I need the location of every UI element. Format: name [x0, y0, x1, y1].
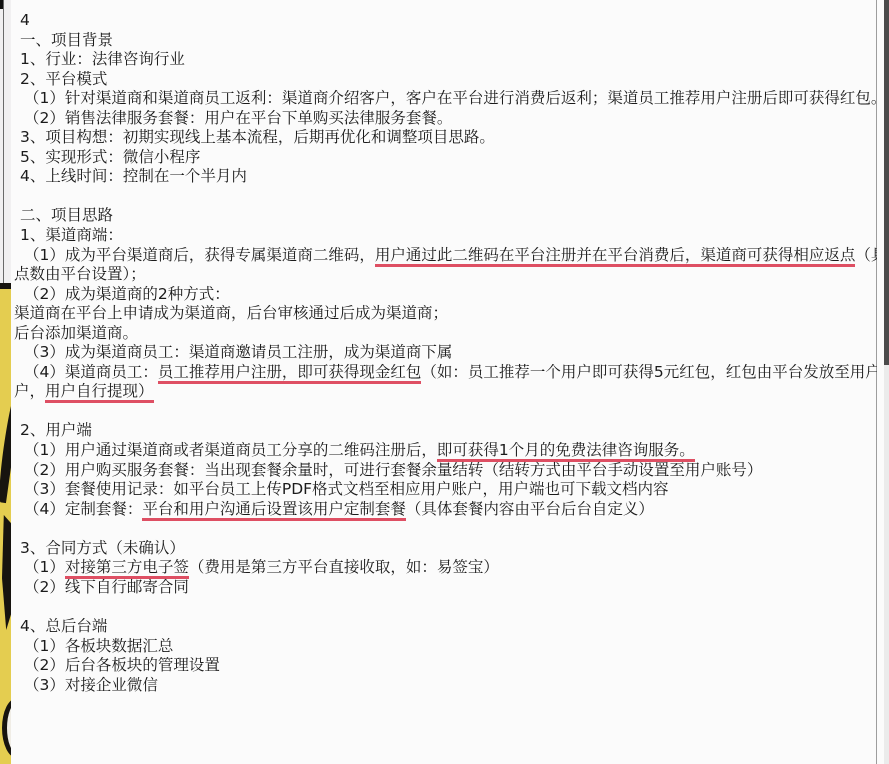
document-lines: 4一、项目背景1、行业：法律咨询行业2、平台模式（1）针对渠道商和渠道商员工返利…	[14, 11, 876, 695]
text-line: 3、合同方式（未确认）	[14, 539, 876, 559]
wallpaper-strip-top	[0, 0, 11, 283]
text-segment: （3）对接企业微信	[24, 676, 158, 694]
wallpaper-strip	[0, 0, 11, 764]
text-line: （1）对接第三方电子签（费用是第三方平台直接收取，如：易签宝）	[14, 558, 876, 578]
text-line: 渠道商在平台上申请成为渠道商，后台审核通过后成为渠道商；	[14, 304, 876, 324]
text-segment: （具体套餐内容由平台后台自定义）	[406, 500, 654, 518]
text-line: 点数由平台设置）；	[14, 265, 876, 285]
page-right-gutter	[877, 0, 884, 764]
text-line: 5、实现形式：微信小程序	[14, 148, 876, 168]
wallpaper-strip-bottom	[0, 283, 11, 764]
text-segment: （2）后台各板块的管理设置	[24, 656, 220, 674]
text-segment: （4）定制套餐：	[24, 500, 142, 518]
text-line: （4）渠道商员工：员工推荐用户注册，即可获得现金红包（如：员工推荐一个用户即可获…	[14, 363, 876, 383]
text-line: （1）成为平台渠道商后，获得专属渠道商二维码，用户通过此二维码在平台注册并在平台…	[14, 246, 876, 266]
text-line: 1、行业：法律咨询行业	[14, 50, 876, 70]
text-line: 1、渠道商端：	[14, 226, 876, 246]
text-line: （1）用户通过渠道商或者渠道商员工分享的二维码注册后，即可获得1个月的免费法律咨…	[14, 441, 876, 461]
text-segment: 后台添加渠道商。	[14, 324, 138, 342]
text-segment: （2）线下自行邮寄合同	[24, 578, 189, 596]
text-segment: 一、项目背景	[20, 31, 113, 49]
highlight-underline: 员工推荐用户注册，即可获得现金红包	[158, 363, 422, 384]
text-segment: （费用是第三方平台直接收取，如：易签宝）	[189, 558, 499, 576]
scrollbar-thumb[interactable]	[884, 0, 889, 365]
text-line: （2）后台各板块的管理设置	[14, 656, 876, 676]
text-line: 户，用户自行提现）	[14, 382, 876, 402]
text-segment: （2）成为渠道商的2种方式：	[24, 285, 230, 303]
text-segment: （2）用户购买服务套餐：当出现套餐余量时，可进行套餐余量结转（结转方式由平台手动…	[24, 461, 762, 479]
window-edge-line	[3, 0, 4, 283]
text-line: （4）定制套餐：平台和用户沟通后设置该用户定制套餐（具体套餐内容由平台后台自定义…	[14, 500, 876, 520]
text-segment: 二、项目思路	[20, 206, 113, 224]
document-page: 4一、项目背景1、行业：法律咨询行业2、平台模式（1）针对渠道商和渠道商员工返利…	[11, 0, 877, 764]
text-segment: （3）成为渠道商员工：渠道商邀请员工注册，成为渠道商下属	[24, 343, 452, 361]
text-line: （3）对接企业微信	[14, 676, 876, 696]
wallpaper-black-shape	[2, 698, 11, 758]
scrollbar-track[interactable]	[884, 0, 889, 764]
text-segment: 3、合同方式（未确认）	[20, 539, 185, 557]
highlight-underline: 平台和用户沟通后设置该用户定制套餐	[142, 500, 406, 521]
text-segment: （2）销售法律服务套餐：用户在平台下单购买法律服务套餐。	[24, 109, 452, 127]
text-segment: 2、平台模式	[20, 70, 107, 88]
wallpaper-black-shape	[0, 388, 11, 503]
text-line: 后台添加渠道商。	[14, 324, 876, 344]
text-segment: 渠道商在平台上申请成为渠道商，后台审核通过后成为渠道商；	[14, 304, 448, 322]
text-segment: （1）成为平台渠道商后，获得专属渠道商二维码，	[24, 246, 375, 264]
text-line: 2、平台模式	[14, 70, 876, 90]
text-segment: （4）渠道商员工：	[24, 363, 158, 381]
text-segment: （如：员工推荐一个用户即可获得5元红包，红包由平台发放至用户账	[421, 363, 889, 381]
blank-line	[14, 187, 876, 207]
text-segment: （1）用户通过渠道商或者渠道商员工分享的二维码注册后，	[24, 441, 437, 459]
text-line: （2）线下自行邮寄合同	[14, 578, 876, 598]
text-line: （1）针对渠道商和渠道商员工返利：渠道商介绍客户，客户在平台进行消费后返利；渠道…	[14, 89, 876, 109]
blank-line	[14, 402, 876, 422]
blank-line	[14, 597, 876, 617]
text-segment: 户，	[14, 382, 45, 400]
text-line: 4	[14, 11, 876, 31]
text-segment: 3、项目构想：初期实现线上基本流程，后期再优化和调整项目思路。	[20, 128, 495, 146]
text-line: （2）用户购买服务套餐：当出现套餐余量时，可进行套餐余量结转（结转方式由平台手动…	[14, 461, 876, 481]
text-line: （1）各板块数据汇总	[14, 637, 876, 657]
text-line: 二、项目思路	[14, 206, 876, 226]
text-line: （2）销售法律服务套餐：用户在平台下单购买法律服务套餐。	[14, 109, 876, 129]
text-line: （2）成为渠道商的2种方式：	[14, 285, 876, 305]
highlight-underline: 用户通过此二维码在平台注册并在平台消费后，渠道商可获得相应返点	[375, 246, 856, 267]
text-line: （3）套餐使用记录：如平台员工上传PDF格式文档至相应用户账户，用户端也可下载文…	[14, 480, 876, 500]
wallpaper-black-cap	[0, 283, 11, 289]
text-segment: 1、渠道商端：	[20, 226, 123, 244]
text-line: （3）成为渠道商员工：渠道商邀请员工注册，成为渠道商下属	[14, 343, 876, 363]
highlight-underline: 即可获得1个月的免费法律咨询服务。	[437, 441, 695, 462]
text-segment: （1）针对渠道商和渠道商员工返利：渠道商介绍客户，客户在平台进行消费后返利；渠道…	[24, 89, 886, 107]
text-segment: 4、上线时间：控制在一个半月内	[20, 167, 247, 185]
text-segment: 4	[20, 11, 30, 29]
text-line: 2、用户端	[14, 421, 876, 441]
text-line: 一、项目背景	[14, 31, 876, 51]
text-line: 4、上线时间：控制在一个半月内	[14, 167, 876, 187]
highlight-underline: 对接第三方电子签	[65, 558, 189, 579]
text-segment: 5、实现形式：微信小程序	[20, 148, 200, 166]
highlight-underline: 用户自行提现）	[45, 382, 154, 403]
text-segment: 1、行业：法律咨询行业	[20, 50, 185, 68]
text-segment: 2、用户端	[20, 421, 92, 439]
wallpaper-black-shape	[2, 515, 11, 630]
text-segment: （3）套餐使用记录：如平台员工上传PDF格式文档至相应用户账户，用户端也可下载文…	[24, 480, 669, 498]
text-line: 4、总后台端	[14, 617, 876, 637]
text-segment: 4、总后台端	[20, 617, 107, 635]
text-segment: （1）	[24, 558, 65, 576]
text-line: 3、项目构想：初期实现线上基本流程，后期再优化和调整项目思路。	[14, 128, 876, 148]
text-segment: （1）各板块数据汇总	[24, 637, 173, 655]
text-segment: 点数由平台设置）；	[14, 265, 146, 283]
blank-line	[14, 519, 876, 539]
